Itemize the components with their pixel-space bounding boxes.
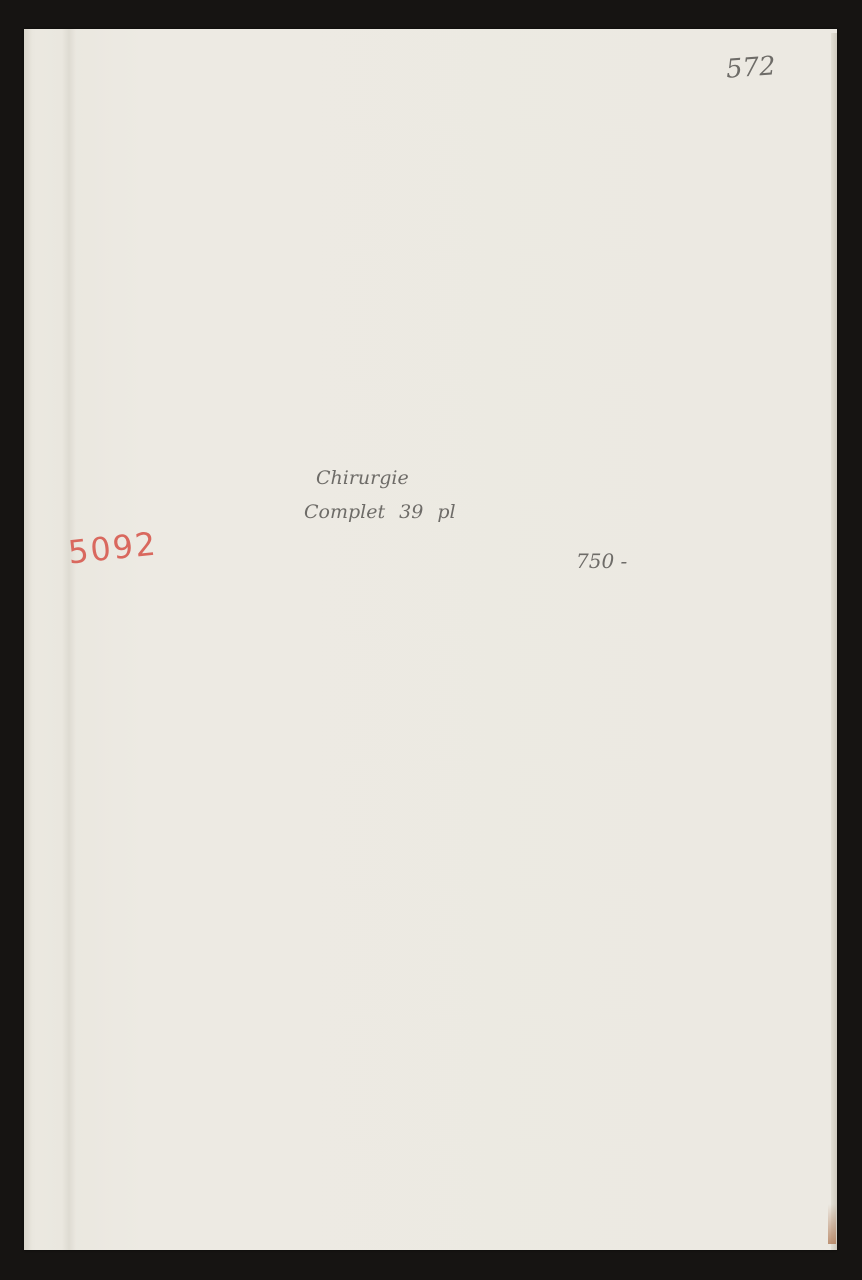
subject-title: Chirurgie [316,467,409,489]
folio-number: 572 [725,51,777,84]
completeness-note: Complet 39 pl [304,501,456,523]
corner-stain [828,1204,836,1244]
inventory-number: 5092 [66,524,159,571]
folder-cover-page: 572 Chirurgie Complet 39 pl 750 - 5092 [24,29,837,1250]
spine-fold [62,29,76,1250]
page-right-edge [831,33,837,1250]
price-note: 750 - [576,549,627,573]
